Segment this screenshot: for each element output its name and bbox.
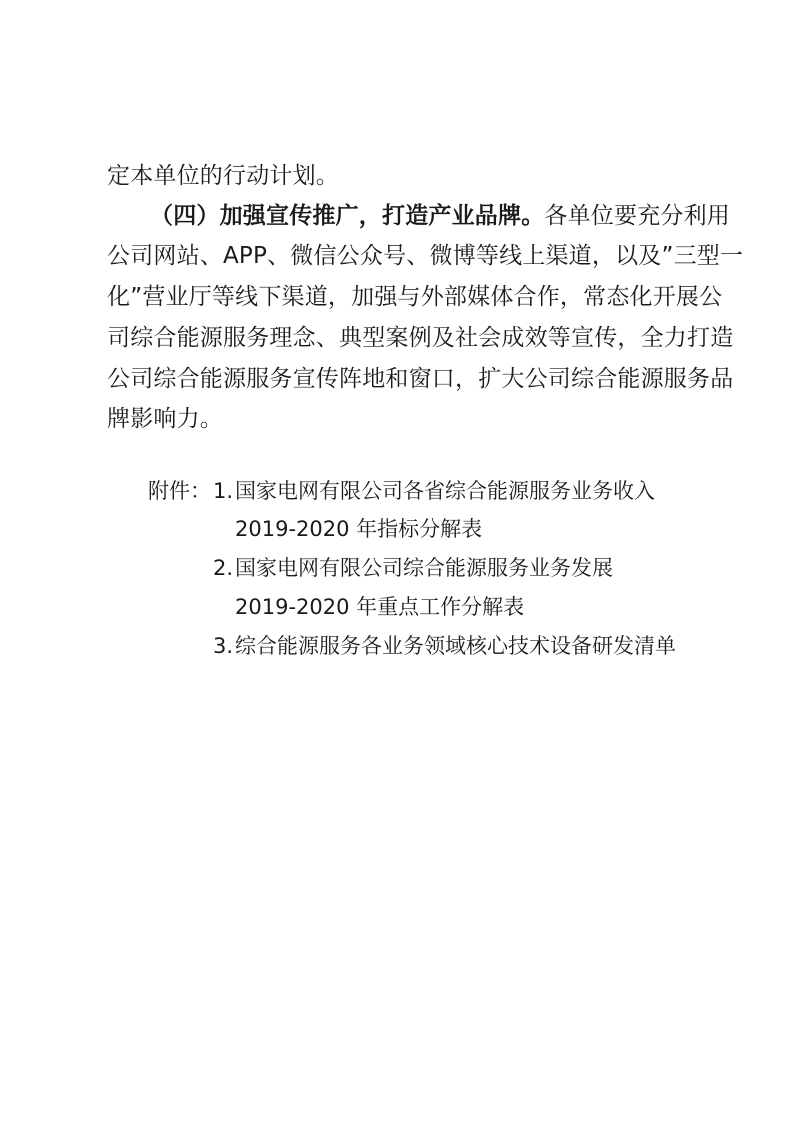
attachment-title: 综合能源服务各业务领域核心技术设备研发清单: [235, 631, 676, 661]
paragraph-line: 司综合能源服务理念、典型案例及社会成效等宣传，全力打造: [107, 322, 733, 354]
paragraph-line: 定本单位的行动计划。: [107, 160, 339, 192]
paragraph-line: 公司综合能源服务宣传阵地和窗口，扩大公司综合能源服务品: [107, 363, 733, 395]
attachment-title: 国家电网有限公司各省综合能源服务业务收入: [235, 476, 655, 506]
attachments-label: 附件：: [148, 476, 211, 506]
section-4-heading: （四）加强宣传推广，打造产业品牌。: [150, 203, 544, 229]
attachment-number: 3.: [213, 631, 233, 661]
paragraph-line: 牌影响力。: [107, 403, 223, 435]
document-page: 定本单位的行动计划。 （四）加强宣传推广，打造产业品牌。各单位要充分利用 公司网…: [0, 0, 800, 1132]
attachment-title-cont: 2019-2020 年重点工作分解表: [235, 592, 524, 622]
attachment-title: 国家电网有限公司综合能源服务业务发展: [235, 553, 613, 583]
paragraph-line: 化”营业厅等线下渠道，加强与外部媒体合作，常态化开展公: [107, 281, 722, 313]
section-4-text: 各单位要充分利用: [544, 203, 730, 229]
paragraph-line: 公司网站、APP、微信公众号、微博等线上渠道，以及”三型一: [107, 240, 743, 272]
attachment-number: 1.: [213, 476, 233, 506]
section-4-line: （四）加强宣传推广，打造产业品牌。各单位要充分利用: [150, 200, 730, 232]
attachment-number: 2.: [213, 553, 233, 583]
attachment-title-cont: 2019-2020 年指标分解表: [235, 514, 482, 544]
